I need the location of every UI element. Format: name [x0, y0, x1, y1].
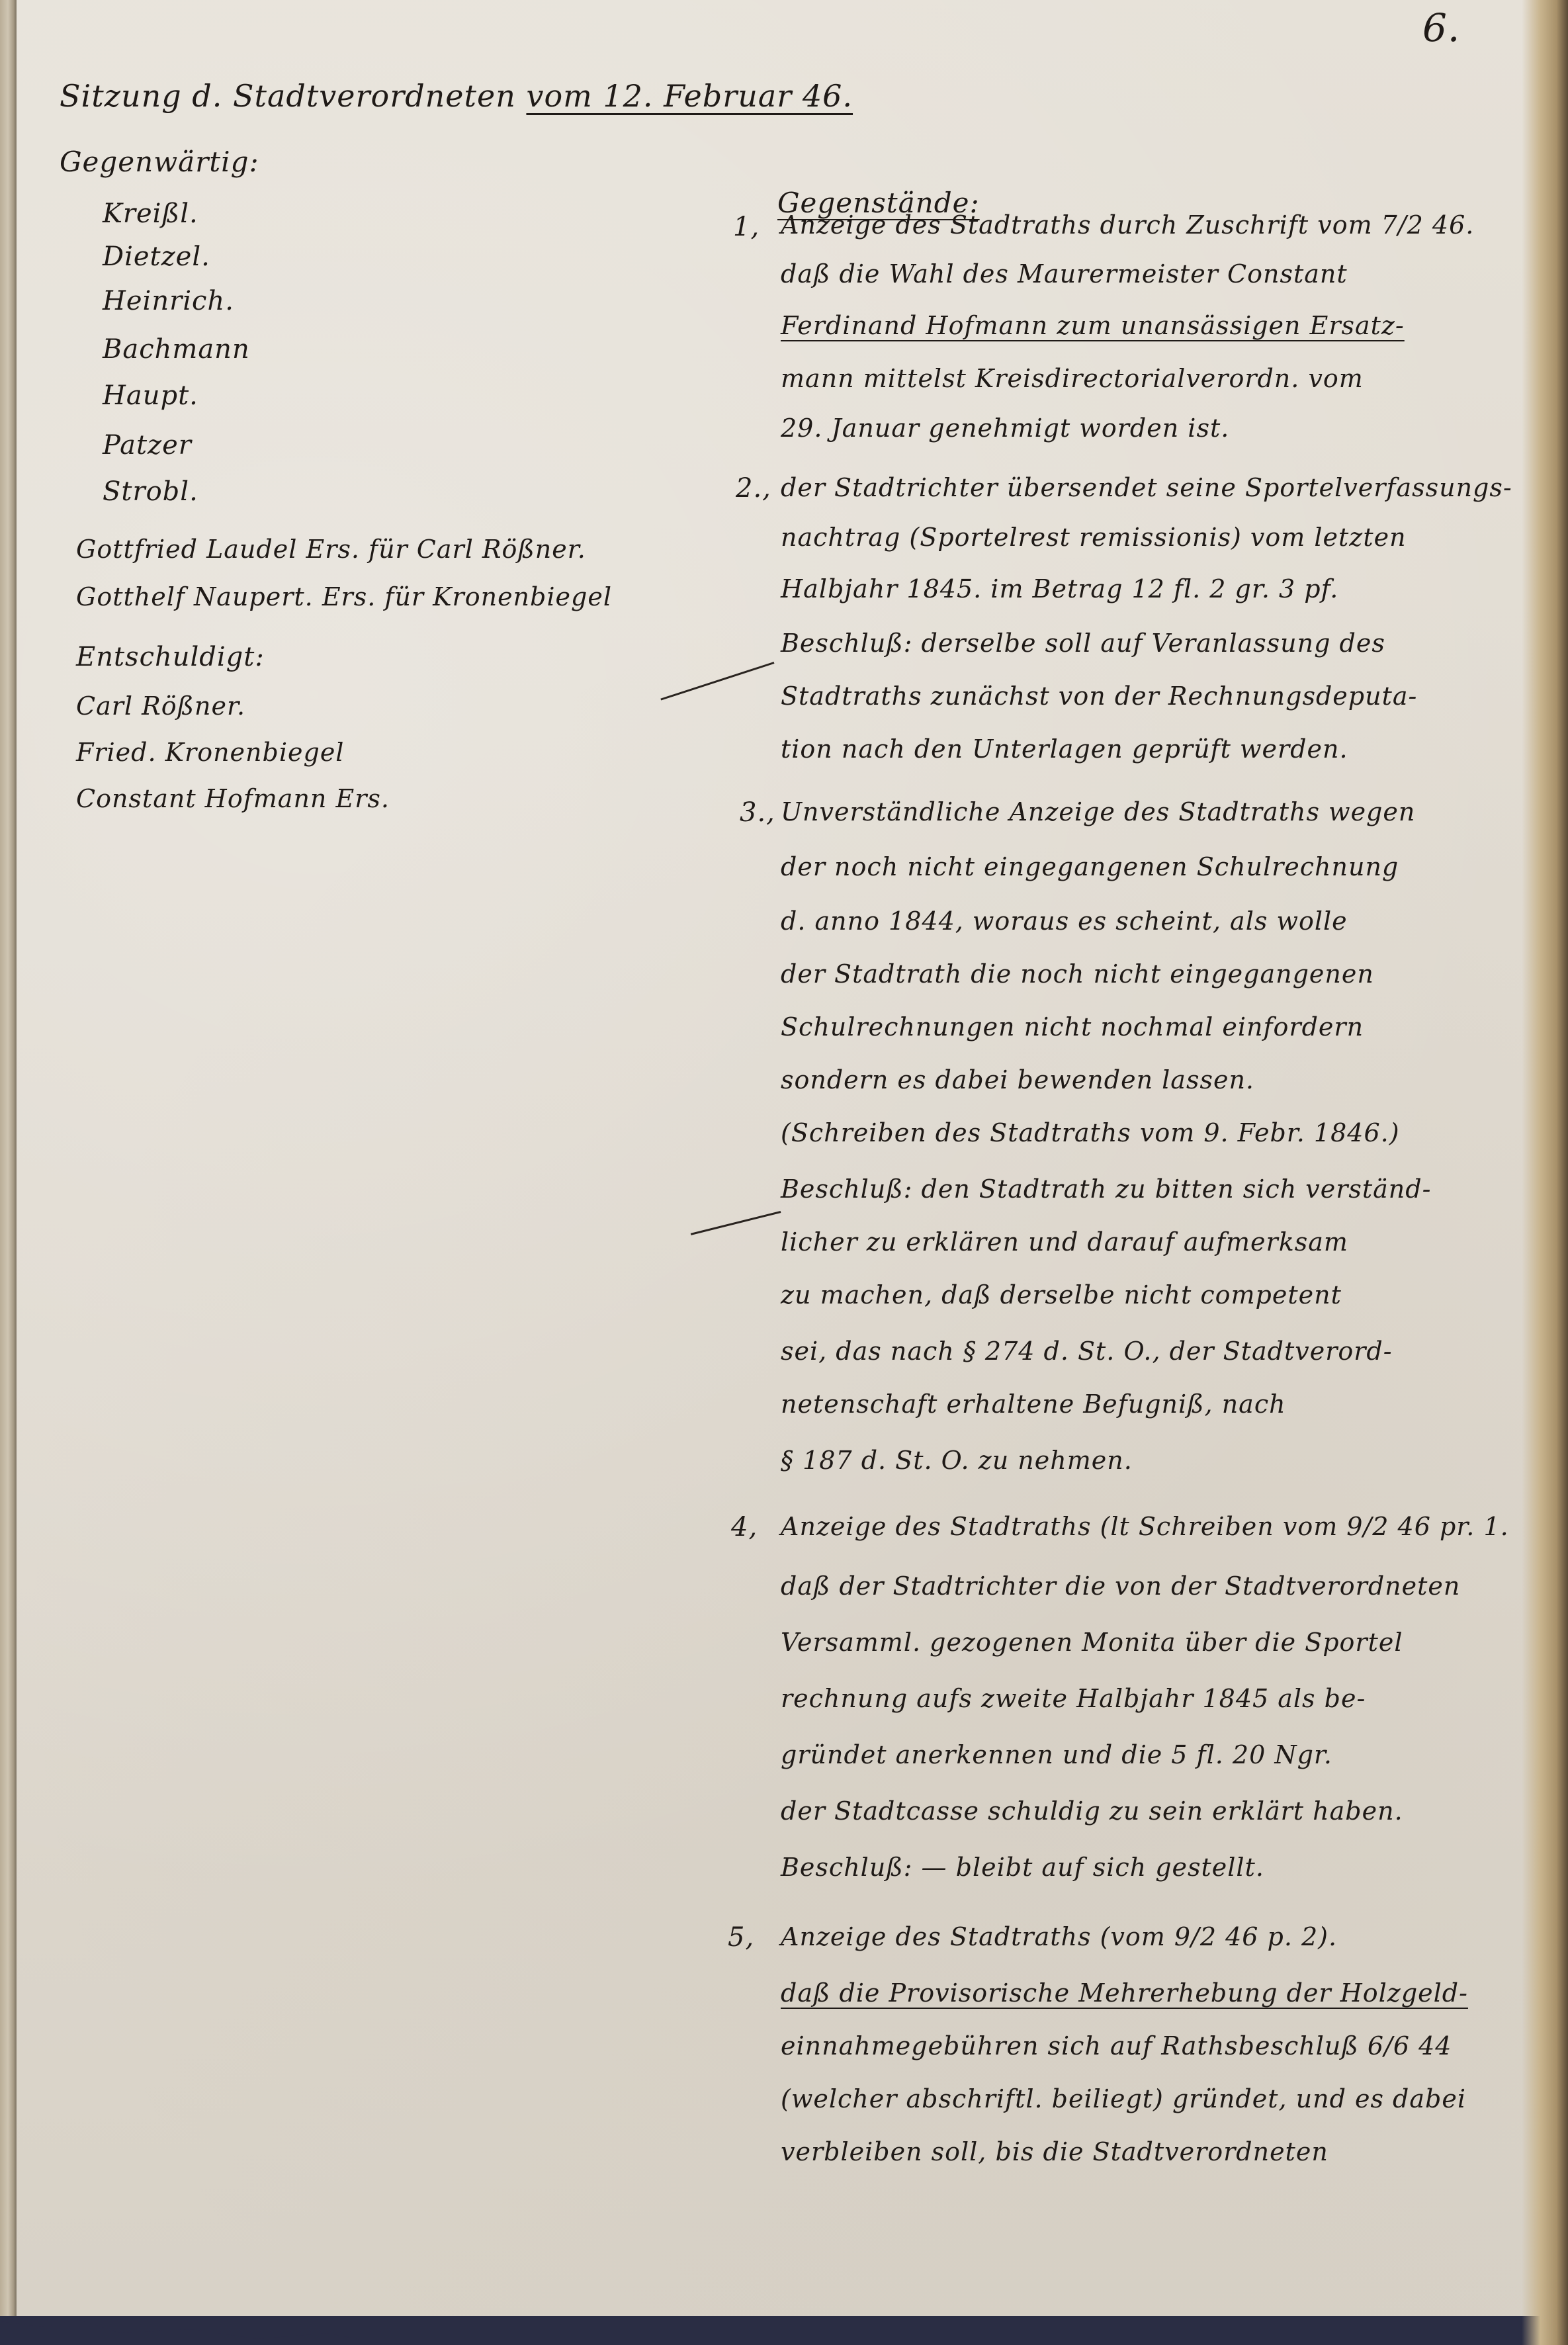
item-line: Versamml. gezogenen Monita über die Spor… — [781, 1628, 1403, 1657]
item-line: Halbjahr 1845. im Betrag 12 fl. 2 gr. 3 … — [781, 574, 1338, 603]
item-line: nachtrag (Sportelrest remissionis) vom l… — [781, 523, 1407, 552]
item-line: Stadtraths zunächst von der Rechnungsdep… — [781, 682, 1417, 711]
present-label: Gegenwärtig: — [60, 146, 259, 178]
item-line: der Stadtrath die noch nicht eingegangen… — [781, 959, 1374, 989]
item-line: Anzeige des Stadtraths (lt Schreiben vom… — [781, 1512, 1509, 1541]
item-line: sondern es dabei bewenden lassen. — [781, 1065, 1254, 1094]
item-line: rechnung aufs zweite Halbjahr 1845 als b… — [781, 1684, 1366, 1713]
proxy-entry: Gotthelf Naupert. Ers. für Kronenbiegel — [76, 582, 612, 611]
item-line: daß die Wahl des Maurermeister Constant — [781, 259, 1348, 288]
session-title-prefix: Sitzung d. Stadtverordneten — [60, 78, 516, 114]
manuscript-page: 6. Sitzung d. Stadtverordneten vom 12. F… — [0, 0, 1568, 2316]
proxy-entry: Gottfried Laudel Ers. für Carl Rößner. — [76, 535, 586, 564]
absent-member: Fried. Kronenbiegel — [76, 738, 344, 767]
resolution-line: Beschluß: derselbe soll auf Veranlassung… — [781, 629, 1385, 658]
item-number: 3., — [740, 797, 775, 828]
absent-member: Carl Rößner. — [76, 691, 245, 721]
item-line: daß der Stadtrichter die von der Stadtve… — [781, 1571, 1460, 1601]
item-line: verbleiben soll, bis die Stadtverordnete… — [781, 2137, 1328, 2166]
binding-edge — [15, 0, 17, 2316]
item-line: § 187 d. St. O. zu nehmen. — [781, 1446, 1133, 1475]
item-line: (welcher abschriftl. beiliegt) gründet, … — [781, 2084, 1466, 2113]
absent-member: Constant Hofmann Ers. — [76, 784, 390, 813]
member-name: Haupt. — [103, 380, 198, 411]
item-line: licher zu erklären und darauf aufmerksam — [781, 1227, 1348, 1257]
item-line: daß die Provisorische Mehrerhebung der H… — [781, 1978, 1468, 2008]
item-line: tion nach den Unterlagen geprüft werden. — [781, 734, 1348, 764]
resolution-line: Beschluß: — bleibt auf sich gestellt. — [781, 1853, 1264, 1882]
member-name: Strobl. — [103, 476, 198, 507]
item-line: (Schreiben des Stadtraths vom 9. Febr. 1… — [781, 1118, 1400, 1147]
item-line: sei, das nach § 274 d. St. O., der Stadt… — [781, 1337, 1393, 1366]
item-line: Anzeige des Stadtraths durch Zuschrift v… — [781, 210, 1474, 240]
item-line: einnahmegebühren sich auf Rathsbeschluß … — [781, 2031, 1452, 2060]
item-line: Anzeige des Stadtraths (vom 9/2 46 p. 2)… — [781, 1922, 1337, 1951]
page-number: 6. — [1422, 5, 1460, 50]
item-line: der Stadtrichter übersendet seine Sporte… — [781, 473, 1512, 502]
item-line: der Stadtcasse schuldig zu sein erklärt … — [781, 1796, 1403, 1826]
item-number: 5, — [728, 1922, 754, 1953]
resolution-line: Beschluß: den Stadtrath zu bitten sich v… — [781, 1174, 1431, 1204]
item-number: 4, — [731, 1512, 758, 1542]
item-line: gründet anerkennen und die 5 fl. 20 Ngr. — [781, 1740, 1332, 1769]
item-line: zu machen, daß derselbe nicht competent — [781, 1280, 1342, 1309]
session-date: vom 12. Februar 46. — [526, 78, 853, 114]
member-name: Heinrich. — [103, 286, 234, 316]
member-name: Patzer — [103, 430, 192, 461]
item-line: mann mittelst Kreisdirectorialverordn. v… — [781, 364, 1364, 393]
member-name: Bachmann — [103, 334, 250, 365]
member-name: Dietzel. — [103, 242, 210, 272]
item-number: 1, — [733, 212, 760, 242]
absent-label: Entschuldigt: — [76, 642, 265, 672]
item-line: netenschaft erhaltene Befugniß, nach — [781, 1390, 1286, 1419]
item-line: d. anno 1844, woraus es scheint, als wol… — [781, 907, 1348, 936]
member-name: Kreißl. — [103, 199, 198, 229]
item-line: Unverständliche Anzeige des Stadtraths w… — [781, 797, 1415, 826]
page-edge-stain — [1522, 0, 1568, 2345]
item-number: 2., — [736, 473, 771, 504]
session-title: Sitzung d. Stadtverordneten vom 12. Febr… — [60, 78, 853, 114]
resolution-marker — [691, 1211, 781, 1235]
item-line: der noch nicht eingegangenen Schulrechnu… — [781, 852, 1399, 881]
item-line: 29. Januar genehmigt worden ist. — [781, 414, 1229, 443]
item-line: Schulrechnungen nicht nochmal einfordern — [781, 1012, 1364, 1041]
item-line: Ferdinand Hofmann zum unansässigen Ersat… — [781, 311, 1405, 340]
resolution-marker — [660, 662, 774, 700]
book-binding — [0, 0, 15, 2316]
